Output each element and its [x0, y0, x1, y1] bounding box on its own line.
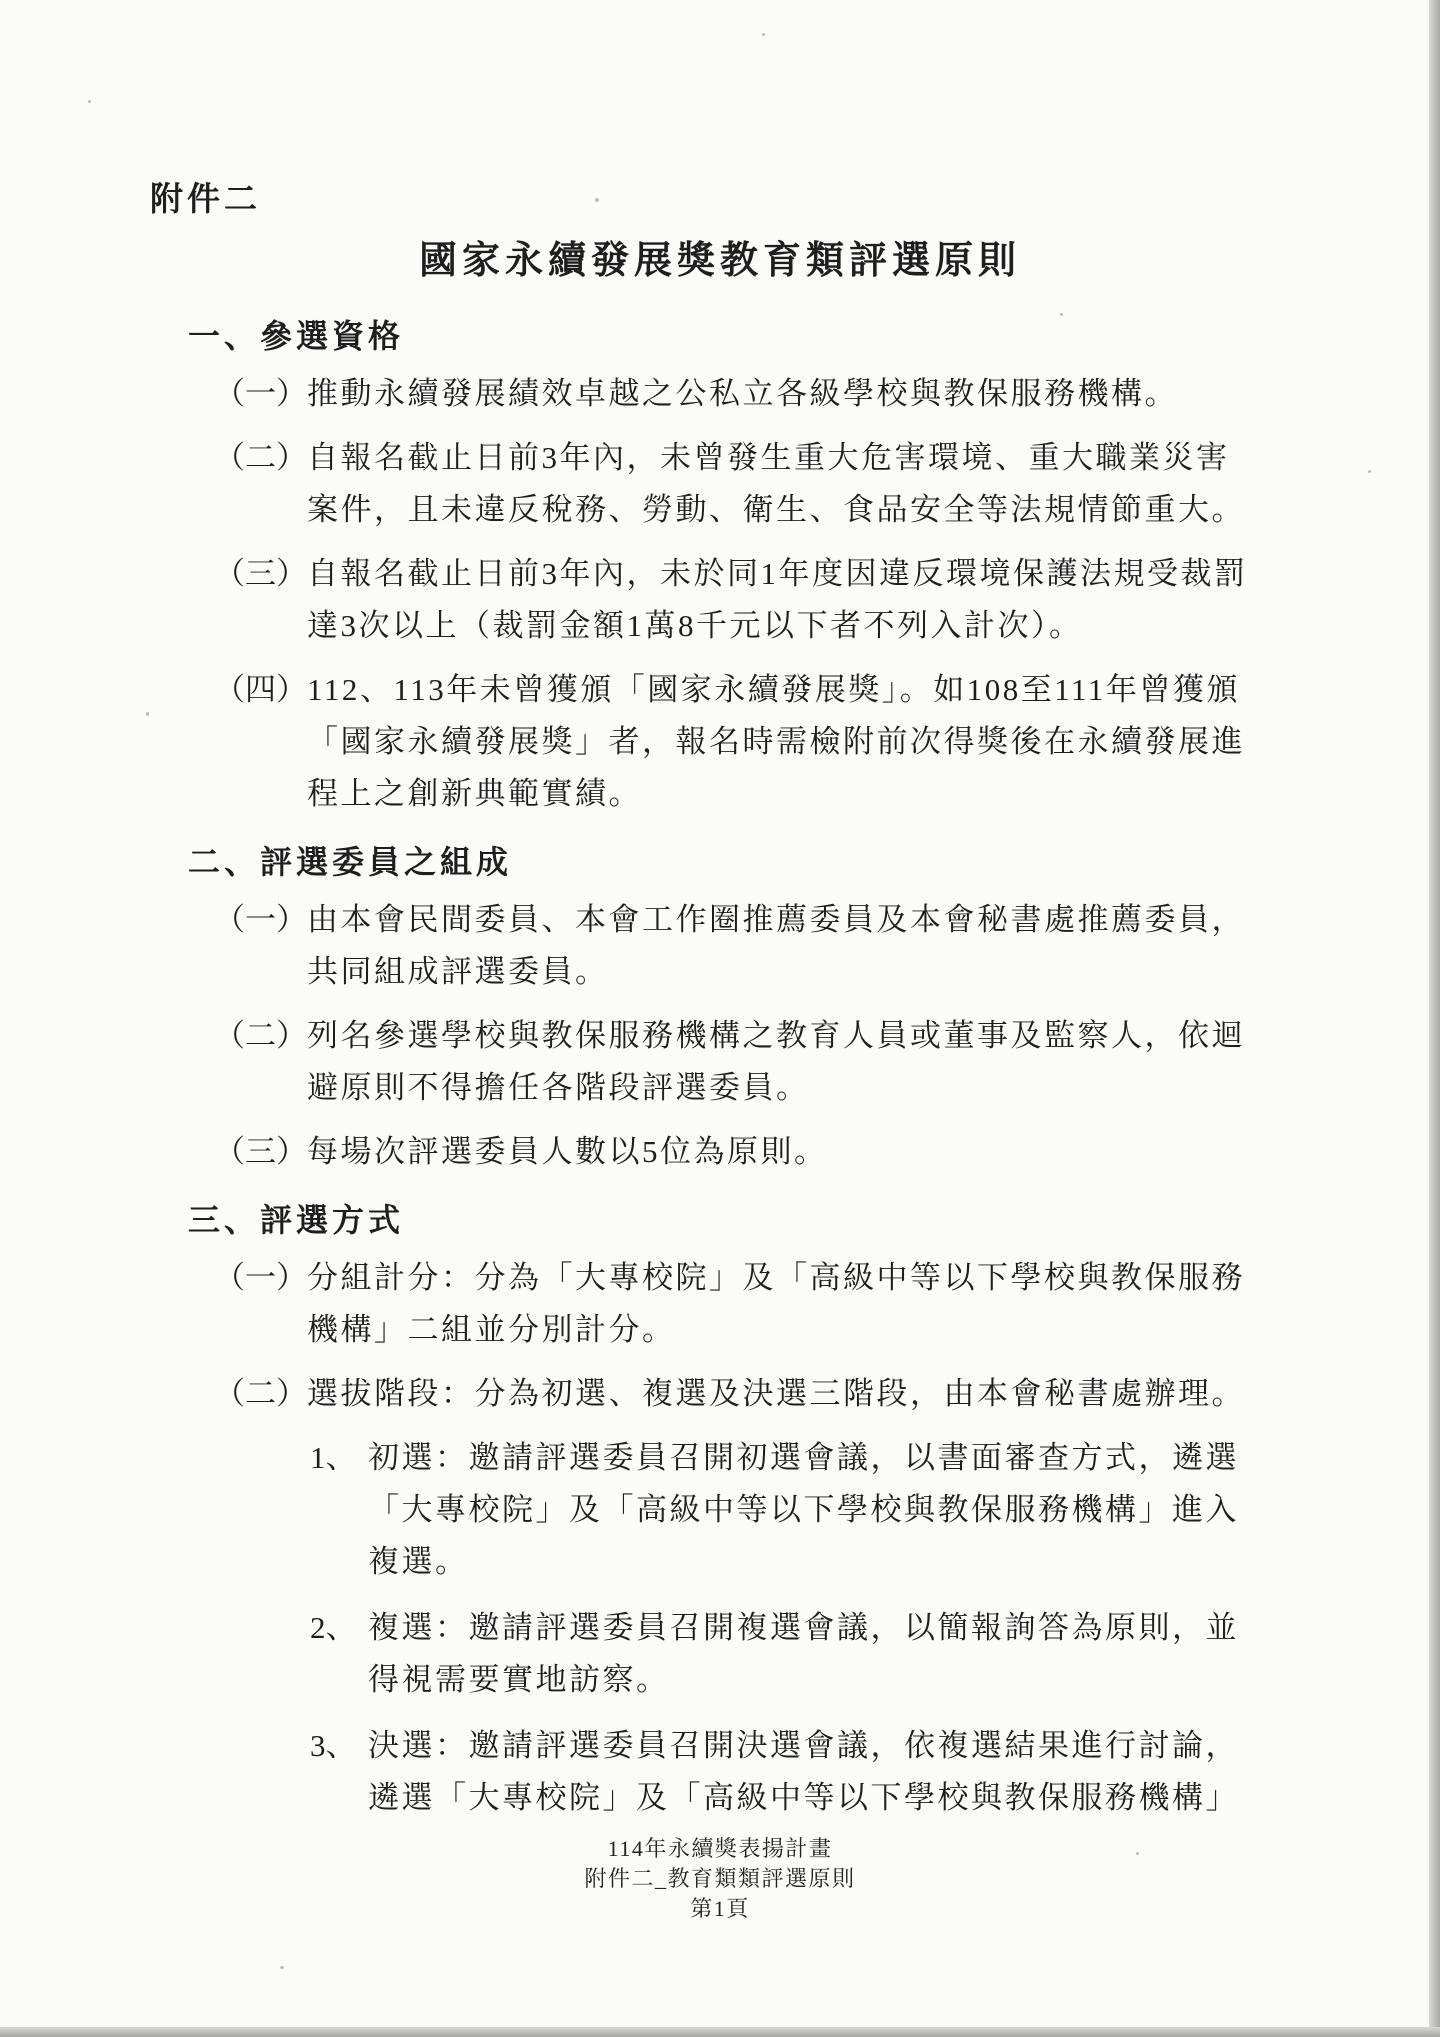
list-subitem: 1、 初選：邀請評選委員召開初選會議，以書面審查方式，遴選 「大專校院」及「高級…	[310, 1432, 1290, 1588]
subitem-marker: 3、	[310, 1720, 368, 1824]
item-text: 分組計分：分為「大專校院」及「高級中等以下學校與教保服務 機構」二組並分別計分。	[307, 1252, 1290, 1356]
item-marker: （一）	[214, 368, 307, 420]
text-line: 分組計分：分為「大專校院」及「高級中等以下學校與教保服務	[307, 1252, 1290, 1304]
subitem-text: 初選：邀請評選委員召開初選會議，以書面審查方式，遴選 「大專校院」及「高級中等以…	[368, 1432, 1290, 1588]
stage-subitems: 1、 初選：邀請評選委員召開初選會議，以書面審查方式，遴選 「大專校院」及「高級…	[310, 1432, 1290, 1824]
section-items: （一） 推動永續發展績效卓越之公私立各級學校與教保服務機構。 （二） 自報名截止…	[214, 368, 1290, 820]
scan-speckle	[595, 198, 599, 202]
text-line: 共同組成評選委員。	[307, 946, 1290, 998]
list-item: （四） 112、113年未曾獲頒「國家永續發展獎」。如108至111年曾獲頒 「…	[214, 664, 1290, 820]
scan-speckle	[146, 712, 149, 716]
subitem-marker: 1、	[310, 1432, 368, 1588]
list-subitem: 2、 複選：邀請評選委員召開複選會議，以簡報詢答為原則，並 得視需要實地訪察。	[310, 1602, 1290, 1706]
section-heading-eligibility: 一、參選資格	[188, 314, 1290, 358]
text-line: 達3次以上（裁罰金額1萬8千元以下者不列入計次）。	[307, 600, 1290, 652]
scan-speckle	[280, 1966, 284, 1969]
text-line: 112、113年未曾獲頒「國家永續發展獎」。如108至111年曾獲頒	[307, 664, 1290, 716]
text-line: 列名參選學校與教保服務機構之教育人員或董事及監察人，依迴	[307, 1010, 1290, 1062]
document-content: 附件二 國家永續發展獎教育類評選原則 一、參選資格 （一） 推動永續發展績效卓越…	[150, 178, 1290, 1824]
footer-line: 第1頁	[0, 1894, 1440, 1924]
text-line: 初選：邀請評選委員召開初選會議，以書面審查方式，遴選	[368, 1432, 1290, 1484]
footer-line: 附件二_教育類類評選原則	[0, 1864, 1440, 1894]
list-item: （二） 選拔階段：分為初選、複選及決選三階段，由本會秘書處辦理。	[214, 1368, 1290, 1420]
text-line: 避原則不得擔任各階段評選委員。	[307, 1062, 1290, 1114]
item-marker: （一）	[214, 1252, 307, 1356]
item-marker: （三）	[214, 1126, 307, 1178]
subitem-text: 決選：邀請評選委員召開決選會議，依複選結果進行討論， 遴選「大專校院」及「高級中…	[368, 1720, 1290, 1824]
page-footer: 114年永續獎表揚計畫 附件二_教育類類評選原則 第1頁	[0, 1834, 1440, 1924]
text-line: 複選：邀請評選委員召開複選會議，以簡報詢答為原則，並	[368, 1602, 1290, 1654]
text-line: 複選。	[368, 1536, 1290, 1588]
scanned-document-page: 附件二 國家永續發展獎教育類評選原則 一、參選資格 （一） 推動永續發展績效卓越…	[0, 0, 1440, 2037]
item-text: 由本會民間委員、本會工作圈推薦委員及本會秘書處推薦委員， 共同組成評選委員。	[307, 894, 1290, 998]
scan-speckle	[762, 33, 765, 36]
scan-speckle	[88, 100, 91, 103]
item-text: 推動永續發展績效卓越之公私立各級學校與教保服務機構。	[307, 368, 1290, 420]
item-marker: （四）	[214, 664, 307, 820]
item-marker: （二）	[214, 432, 307, 536]
list-item: （三） 每場次評選委員人數以5位為原則。	[214, 1126, 1290, 1178]
subitem-text: 複選：邀請評選委員召開複選會議，以簡報詢答為原則，並 得視需要實地訪察。	[368, 1602, 1290, 1706]
list-item: （二） 列名參選學校與教保服務機構之教育人員或董事及監察人，依迴 避原則不得擔任…	[214, 1010, 1290, 1114]
item-text: 自報名截止日前3年內，未曾發生重大危害環境、重大職業災害 案件，且未違反稅務、勞…	[307, 432, 1290, 536]
text-line: 由本會民間委員、本會工作圈推薦委員及本會秘書處推薦委員，	[307, 894, 1290, 946]
text-line: 決選：邀請評選委員召開決選會議，依複選結果進行討論，	[368, 1720, 1290, 1772]
item-text: 112、113年未曾獲頒「國家永續發展獎」。如108至111年曾獲頒 「國家永續…	[307, 664, 1290, 820]
scan-edge-bottom	[0, 2027, 1440, 2037]
text-line: 機構」二組並分別計分。	[307, 1304, 1290, 1356]
text-line: 自報名截止日前3年內，未曾發生重大危害環境、重大職業災害	[307, 432, 1290, 484]
item-marker: （二）	[214, 1010, 307, 1114]
page-title: 國家永續發展獎教育類評選原則	[150, 236, 1290, 286]
text-line: 遴選「大專校院」及「高級中等以下學校與教保服務機構」	[368, 1772, 1290, 1824]
scan-edge-right	[1429, 0, 1440, 2037]
subitem-marker: 2、	[310, 1602, 368, 1706]
text-line: 推動永續發展績效卓越之公私立各級學校與教保服務機構。	[307, 368, 1290, 420]
list-item: （二） 自報名截止日前3年內，未曾發生重大危害環境、重大職業災害 案件，且未違反…	[214, 432, 1290, 536]
text-line: 「大專校院」及「高級中等以下學校與教保服務機構」進入	[368, 1484, 1290, 1536]
list-item: （一） 推動永續發展績效卓越之公私立各級學校與教保服務機構。	[214, 368, 1290, 420]
text-line: 「國家永續發展獎」者，報名時需檢附前次得獎後在永續發展進	[307, 716, 1290, 768]
text-line: 每場次評選委員人數以5位為原則。	[307, 1126, 1290, 1178]
footer-line: 114年永續獎表揚計畫	[0, 1834, 1440, 1864]
text-line: 得視需要實地訪察。	[368, 1654, 1290, 1706]
text-line: 選拔階段：分為初選、複選及決選三階段，由本會秘書處辦理。	[307, 1368, 1290, 1420]
item-text: 選拔階段：分為初選、複選及決選三階段，由本會秘書處辦理。	[307, 1368, 1290, 1420]
section-heading-method: 三、評選方式	[188, 1198, 1290, 1242]
attachment-label: 附件二	[150, 178, 1290, 222]
item-marker: （三）	[214, 548, 307, 652]
scan-speckle	[1368, 470, 1371, 473]
item-text: 列名參選學校與教保服務機構之教育人員或董事及監察人，依迴 避原則不得擔任各階段評…	[307, 1010, 1290, 1114]
item-text: 每場次評選委員人數以5位為原則。	[307, 1126, 1290, 1178]
scan-speckle	[1136, 1852, 1139, 1855]
item-marker: （二）	[214, 1368, 307, 1420]
list-subitem: 3、 決選：邀請評選委員召開決選會議，依複選結果進行討論， 遴選「大專校院」及「…	[310, 1720, 1290, 1824]
list-item: （三） 自報名截止日前3年內，未於同1年度因違反環境保護法規受裁罰 達3次以上（…	[214, 548, 1290, 652]
list-item: （一） 分組計分：分為「大專校院」及「高級中等以下學校與教保服務 機構」二組並分…	[214, 1252, 1290, 1356]
section-heading-committee: 二、評選委員之組成	[188, 840, 1290, 884]
item-marker: （一）	[214, 894, 307, 998]
text-line: 案件，且未違反稅務、勞動、衛生、食品安全等法規情節重大。	[307, 484, 1290, 536]
item-text: 自報名截止日前3年內，未於同1年度因違反環境保護法規受裁罰 達3次以上（裁罰金額…	[307, 548, 1290, 652]
scan-speckle	[1060, 313, 1063, 316]
text-line: 自報名截止日前3年內，未於同1年度因違反環境保護法規受裁罰	[307, 548, 1290, 600]
section-items: （一） 分組計分：分為「大專校院」及「高級中等以下學校與教保服務 機構」二組並分…	[214, 1252, 1290, 1824]
list-item: （一） 由本會民間委員、本會工作圈推薦委員及本會秘書處推薦委員， 共同組成評選委…	[214, 894, 1290, 998]
section-items: （一） 由本會民間委員、本會工作圈推薦委員及本會秘書處推薦委員， 共同組成評選委…	[214, 894, 1290, 1178]
text-line: 程上之創新典範實績。	[307, 768, 1290, 820]
